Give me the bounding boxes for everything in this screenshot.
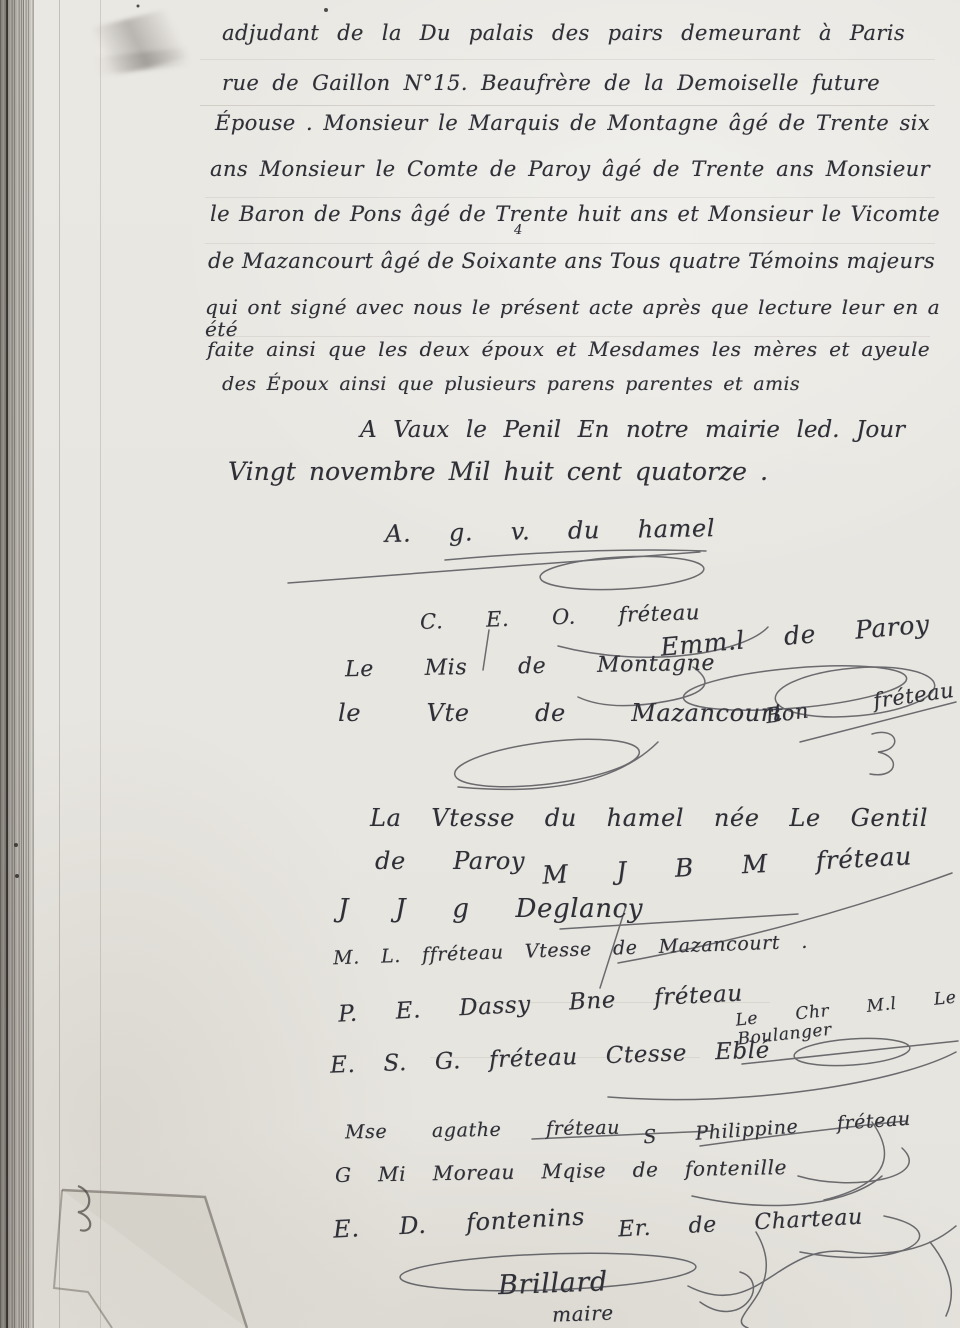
signature-moreau-fontenille: G Mi Moreau Mqise de fontenille <box>335 1156 787 1186</box>
act-line-4: ans Monsieur le Comte de Paroy âgé de Tr… <box>210 158 930 182</box>
signature-pe-dassy-bne-freteau: P. E. Dassy Bne fréteau <box>338 981 744 1028</box>
act-line-2: rue de Gaillon N°15. Beaufrère de la Dem… <box>222 72 880 96</box>
signature-philippine-freteau: S Philippine fréteau <box>643 1109 912 1149</box>
signature-bon-freteau: Bon fréteau <box>764 679 955 729</box>
guide-line <box>200 105 935 106</box>
signature-esg-freteau-ctesse-eble: E. S. G. fréteau Ctesse Eblé <box>330 1038 771 1079</box>
act-line-7: qui ont signé avec nous le présent acte … <box>205 296 940 341</box>
signature-mjbm-freteau: M J B M fréteau <box>542 842 913 889</box>
ink-bleedthrough <box>89 46 200 75</box>
binding-line <box>6 0 8 1328</box>
binding-line <box>23 0 24 1328</box>
guide-line <box>205 243 935 244</box>
signature-vtesse-du-hamel: La Vtesse du hamel née Le Gentil <box>370 805 928 832</box>
signature-vtesse-du-hamel-2: de Paroy <box>375 848 525 875</box>
act-line-5: le Baron de Pons âgé de Trente huit ans … <box>210 203 940 227</box>
signature-brillard: Brillard <box>498 1265 679 1301</box>
margin-rule <box>100 0 101 1328</box>
act-line-8: faite ainsi que les deux époux et Mesdam… <box>207 338 930 360</box>
register-scan-page: adjudant de la Du palais des pairs demeu… <box>0 0 960 1328</box>
page-fold-crease <box>54 1186 247 1328</box>
act-line-1: adjudant de la Du palais des pairs demeu… <box>222 22 905 46</box>
signature-jjg-deglancy: J J g Deglancy <box>338 895 643 924</box>
pencil-squiggle <box>78 1186 90 1231</box>
signature-ml-freteau-mazancourt: M. L. ffréteau Vtesse de Mazancourt . <box>333 932 808 970</box>
act-line-9: des Époux ainsi que plusieurs parens par… <box>222 374 800 395</box>
ink-specks <box>14 5 328 879</box>
signature-mis-de-montagne: Le Mis de Montagne <box>345 652 715 683</box>
signature-agathe-freteau: Mse agathe fréteau <box>345 1118 620 1144</box>
signature-du-hamel: A. g. v. du hamel <box>385 515 715 548</box>
guide-line <box>205 197 935 198</box>
ink-bleedthrough <box>90 5 195 78</box>
signature-vte-de-mazancourt: le Vte de Mazancourt <box>338 700 783 727</box>
signature-ed-fontenins: E. D. fontenins <box>332 1203 585 1243</box>
signature-ceo-freteau: C. E. O. fréteau <box>420 601 701 634</box>
act-line-6: de Mazancourt âgé de Soixante ans Tous q… <box>208 250 935 274</box>
margin-rule <box>59 0 60 1328</box>
insertion-mark: 4 <box>514 224 530 239</box>
dateline-place: A Vaux le Penil En notre mairie led. Jou… <box>360 418 905 444</box>
dateline-date: Vingt novembre Mil huit cent quatorze . <box>228 458 768 486</box>
guide-line <box>200 59 935 60</box>
signature-er-de-charteau: Er. de Charteau <box>618 1206 864 1243</box>
act-line-3: Épouse . Monsieur le Marquis de Montagne… <box>215 112 930 136</box>
signature-brillard-title: maire <box>552 1300 648 1326</box>
